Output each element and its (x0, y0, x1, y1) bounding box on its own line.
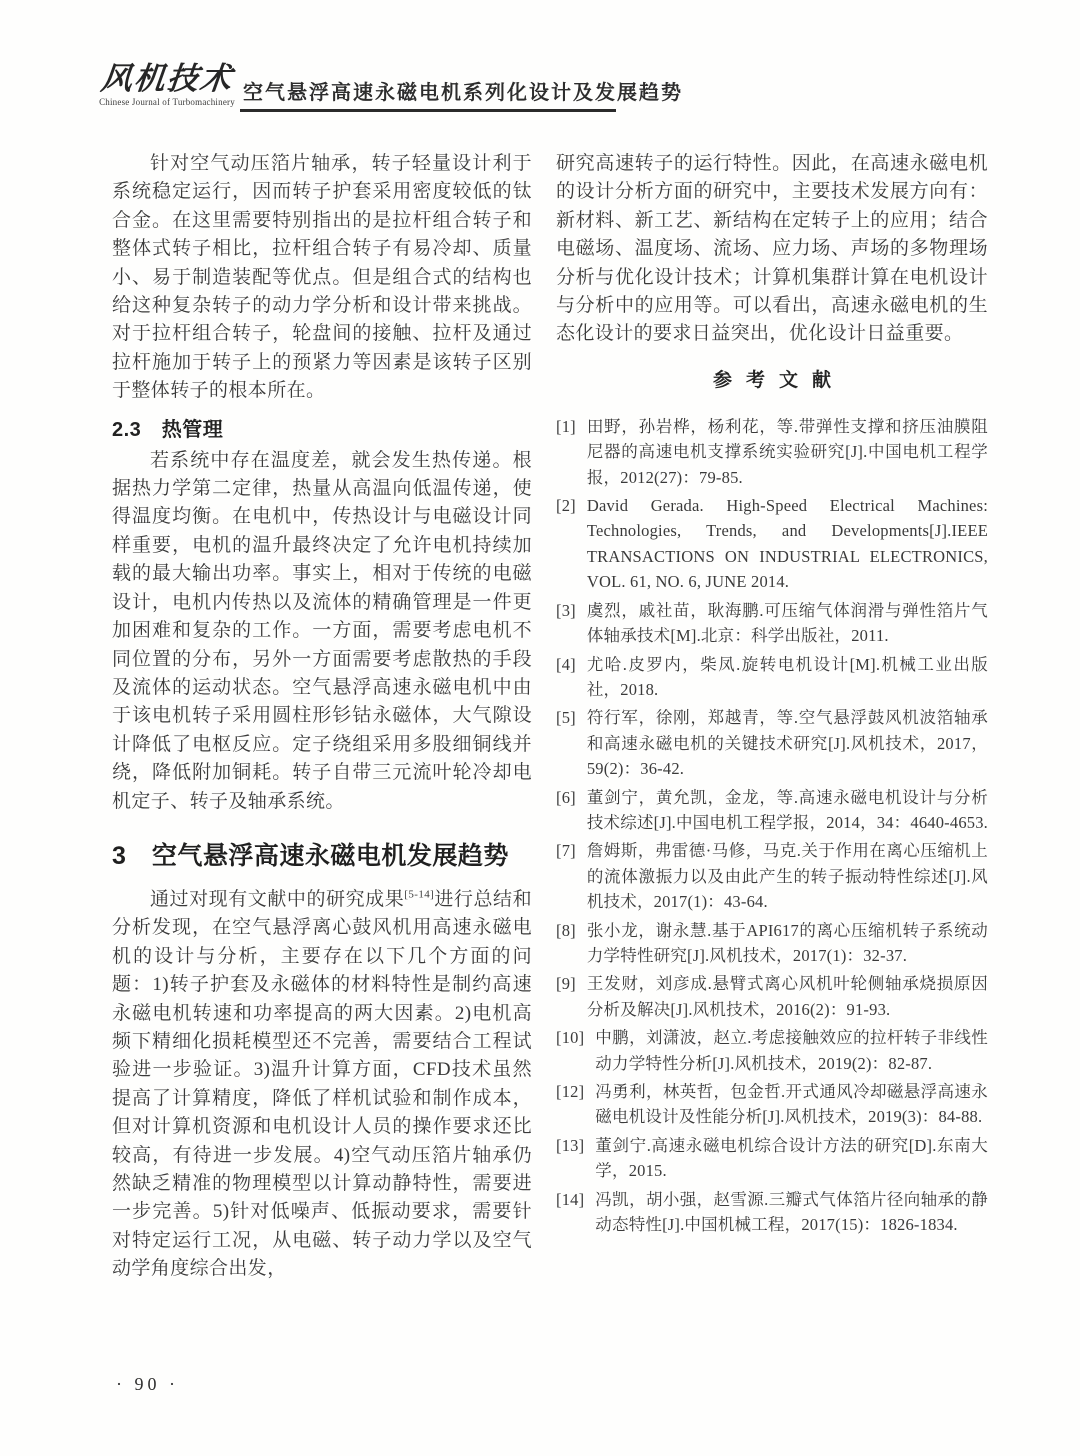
reference-text: 冯勇利，林英哲，包金哲.开式通风冷却磁悬浮高速永磁电机设计及性能分析[J].风机… (595, 1079, 988, 1130)
reference-label: [12] (556, 1079, 595, 1130)
reference-label: [14] (556, 1187, 595, 1238)
reference-text: 张小龙，谢永慧.基于API617的离心压缩机转子系统动力学特性研究[J].风机技… (587, 918, 988, 969)
page-number: · 90 · (116, 1374, 179, 1395)
reference-text: David Gerada. High-Speed Electrical Mach… (587, 493, 988, 595)
reference-text: 冯凯，胡小强，赵雪源.三瓣式气体箔片径向轴承的静动态特性[J].中国机械工程，2… (595, 1187, 988, 1238)
header-rule (240, 109, 616, 112)
reference-label: [2] (556, 493, 587, 595)
reference-item: [3] 虞烈，戚社苗，耿海鹏.可压缩气体润滑与弹性箔片气体轴承技术[M].北京：… (556, 598, 988, 649)
reference-item: [2] David Gerada. High-Speed Electrical … (556, 493, 988, 595)
reference-text: 董剑宁，黄允凯，金龙，等.高速永磁电机设计与分析技术综述[J].中国电机工程学报… (587, 785, 988, 836)
reference-text: 中鹏，刘潇波，赵立.考虑接触效应的拉杆转子非线性动力学特性分析[J].风机技术，… (595, 1025, 988, 1076)
reference-label: [9] (556, 971, 587, 1022)
reference-text: 詹姆斯，弗雷德·马修，马克.关于作用在离心压缩机上的流体激振力以及由此产生的转子… (587, 838, 988, 914)
reference-item: [13] 董剑宁.高速永磁电机综合设计方法的研究[D].东南大学，2015. (556, 1133, 988, 1184)
reference-item: [5] 符行军，徐刚，郑越青，等.空气悬浮鼓风机波箔轴承和高速永磁电机的关键技术… (556, 705, 988, 781)
reference-label: [7] (556, 838, 587, 914)
section-heading-2-3: 2.3 热管理 (112, 413, 532, 442)
paragraph-rotor-design: 针对空气动压箔片轴承，转子轻量设计利于系统稳定运行，因而转子护套采用密度较低的钛… (112, 150, 532, 406)
reference-item: [7] 詹姆斯，弗雷德·马修，马克.关于作用在离心压缩机上的流体激振力以及由此产… (556, 838, 988, 914)
reference-label: [1] (556, 414, 587, 490)
reference-item: [12] 冯勇利，林英哲，包金哲.开式通风冷却磁悬浮高速永磁电机设计及性能分析[… (556, 1079, 988, 1130)
reference-item: [14] 冯凯，胡小强，赵雪源.三瓣式气体箔片径向轴承的静动态特性[J].中国机… (556, 1187, 988, 1238)
reference-item: [4] 尤哈.皮罗内，柴凤.旋转电机设计[M].机械工业出版社，2018. (556, 652, 988, 703)
reference-label: [13] (556, 1133, 595, 1184)
reference-item: [1] 田野，孙岩桦，杨利花，等.带弹性支撑和挤压油膜阻尼器的高速电机支撑系统实… (556, 414, 988, 490)
right-column: 研究高速转子的运行特性。因此，在高速永磁电机的设计分析方面的研究中，主要技术发展… (556, 150, 988, 1240)
reference-text: 符行军，徐刚，郑越青，等.空气悬浮鼓风机波箔轴承和高速永磁电机的关键技术研究[J… (587, 705, 988, 781)
running-title: 空气悬浮高速永磁电机系列化设计及发展趋势 (243, 76, 683, 105)
reference-text: 虞烈，戚社苗，耿海鹏.可压缩气体润滑与弹性箔片气体轴承技术[M].北京：科学出版… (587, 598, 988, 649)
citation-superscript: [5-14] (404, 889, 434, 901)
reference-text: 田野，孙岩桦，杨利花，等.带弹性支撑和挤压油膜阻尼器的高速电机支撑系统实验研究[… (587, 414, 988, 490)
paragraph-development-trends: 通过对现有文献中的研究成果[5-14]进行总结和分析发现，在空气悬浮离心鼓风机用… (112, 886, 532, 1284)
reference-text: 王发财，刘彦成.悬臂式离心风机叶轮侧轴承烧损原因分析及解决[J].风机技术，20… (587, 971, 988, 1022)
paragraph-technology-directions: 研究高速转子的运行特性。因此，在高速永磁电机的设计分析方面的研究中，主要技术发展… (556, 150, 988, 349)
reference-item: [10] 中鹏，刘潇波，赵立.考虑接触效应的拉杆转子非线性动力学特性分析[J].… (556, 1025, 988, 1076)
reference-label: [8] (556, 918, 587, 969)
trend-text-after-citation: 进行总结和分析发现，在空气悬浮离心鼓风机用高速永磁电机的设计与分析，主要存在以下… (112, 889, 532, 1279)
journal-logo-chinese: 风机技术 (90, 62, 244, 96)
journal-logo: 风机技术 Chinese Journal of Turbomachinery (92, 62, 242, 107)
reference-text: 董剑宁.高速永磁电机综合设计方法的研究[D].东南大学，2015. (595, 1133, 988, 1184)
reference-item: [6] 董剑宁，黄允凯，金龙，等.高速永磁电机设计与分析技术综述[J].中国电机… (556, 785, 988, 836)
trend-text-before-citation: 通过对现有文献中的研究成果 (150, 889, 404, 910)
reference-text: 尤哈.皮罗内，柴凤.旋转电机设计[M].机械工业出版社，2018. (587, 652, 988, 703)
reference-label: [4] (556, 652, 587, 703)
scanned-paper-page: 风机技术 Chinese Journal of Turbomachinery 空… (0, 0, 1080, 1456)
reference-label: [5] (556, 705, 587, 781)
references-heading: 参考文献 (556, 365, 988, 392)
paragraph-thermal-management: 若系统中存在温度差，就会发生热传递。根据热力学第二定律，热量从高温向低温传递，使… (112, 447, 532, 816)
reference-label: [6] (556, 785, 587, 836)
section-heading-3: 3 空气悬浮高速永磁电机发展趋势 (112, 836, 532, 872)
left-column: 针对空气动压箔片轴承，转子轻量设计利于系统稳定运行，因而转子护套采用密度较低的钛… (112, 150, 532, 1284)
journal-logo-english: Chinese Journal of Turbomachinery (92, 97, 242, 107)
reference-label: [3] (556, 598, 587, 649)
reference-item: [8] 张小龙，谢永慧.基于API617的离心压缩机转子系统动力学特性研究[J]… (556, 918, 988, 969)
reference-label: [10] (556, 1025, 595, 1076)
reference-item: [9] 王发财，刘彦成.悬臂式离心风机叶轮侧轴承烧损原因分析及解决[J].风机技… (556, 971, 988, 1022)
